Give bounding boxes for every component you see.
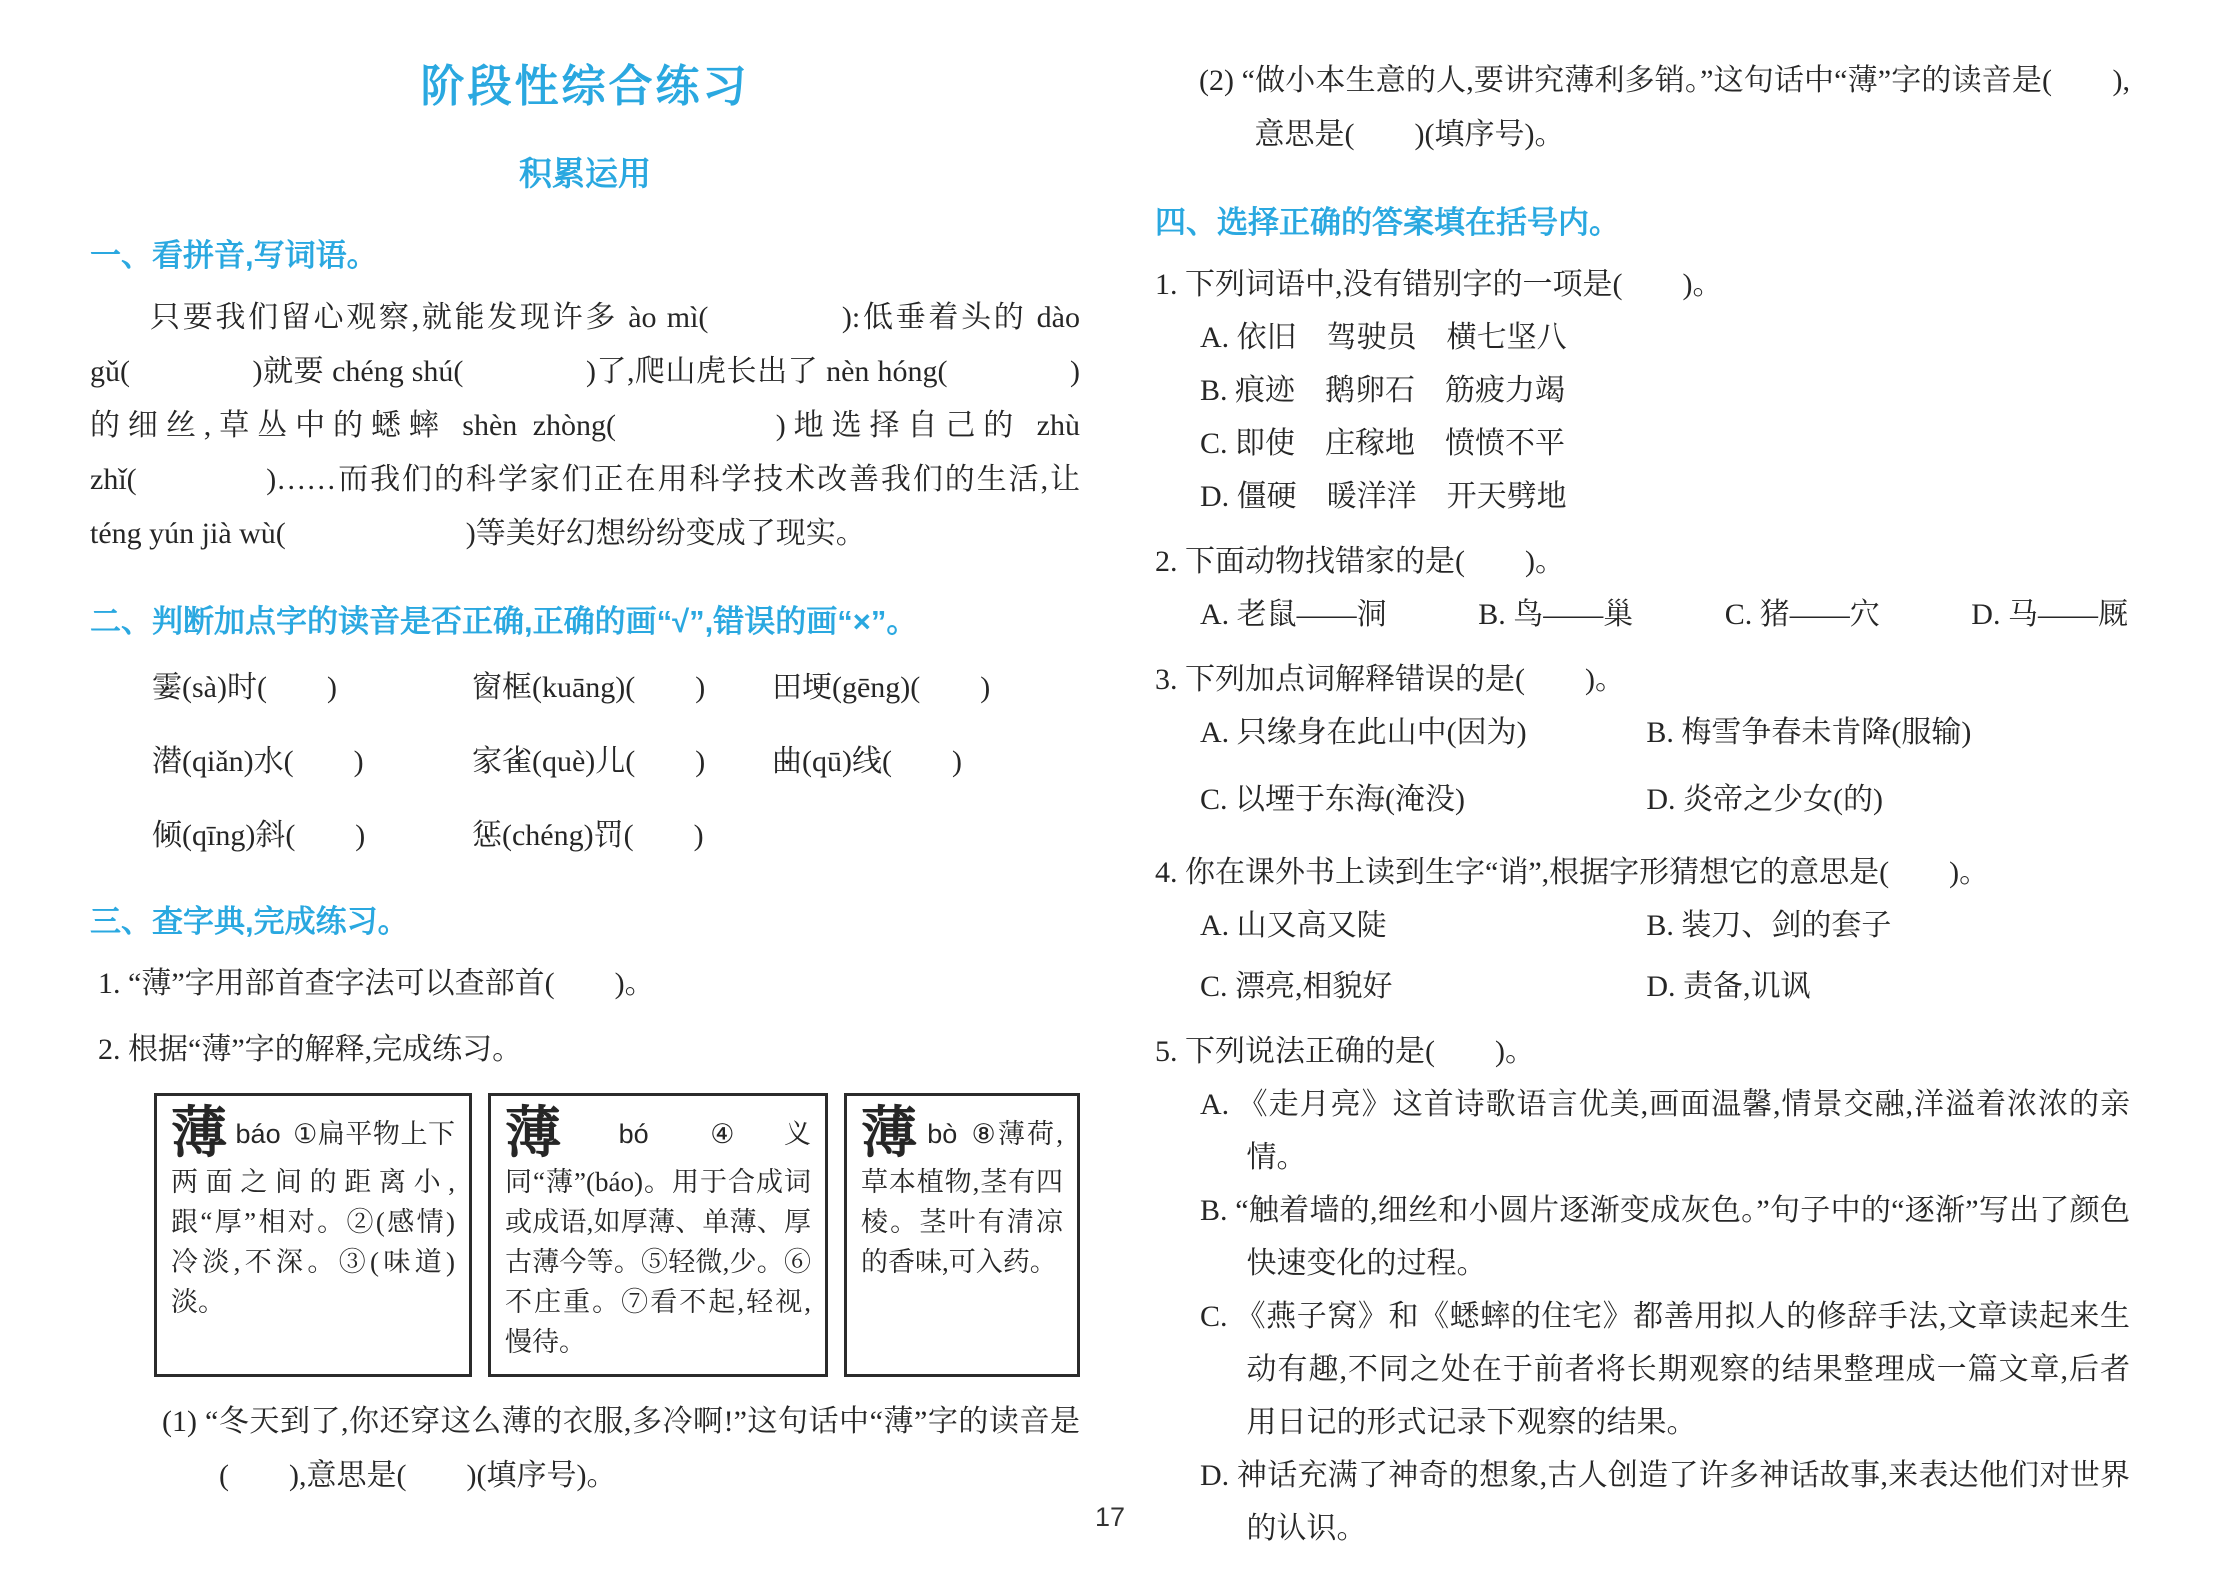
question-stem: 3. 下列加点词解释错误的是( )。 bbox=[1155, 653, 2130, 706]
question-option: C. 《燕子窝》和《蟋蟀的住宅》都善用拟人的修辞手法,文章读起来生动有趣,不同之… bbox=[1200, 1290, 2130, 1449]
question-stem: 4. 你在课外书上读到生字“诮”,根据字形猜想它的意思是( )。 bbox=[1155, 846, 2130, 899]
section1-heading: 一、看拼音,写词语。 bbox=[90, 233, 1080, 279]
section3-question-1: 1. “薄”字用部首查字法可以查部首( )。 bbox=[98, 957, 1080, 1011]
page-title: 阶段性综合练习 bbox=[90, 50, 1080, 114]
dictionary-boxes: 薄báo①扁平物上下两面之间的距离小,跟“厚”相对。②(感情)冷淡,不深。③(味… bbox=[154, 1093, 1080, 1377]
question-options: A. 老鼠——洞 B. 鸟——巢 C. 猪——穴 D. 马——厩 bbox=[1200, 588, 2130, 641]
section3-question-2: 2. 根据“薄”字的解释,完成练习。 bbox=[98, 1023, 1080, 1077]
worksheet-page: 阶段性综合练习 积累运用 一、看拼音,写词语。 只要我们留心观察,就能发现许多 … bbox=[0, 0, 2220, 1571]
dict-entry-char: 薄 bbox=[505, 1103, 611, 1165]
dict-entry-pinyin: bó bbox=[619, 1119, 649, 1149]
dict-entry-pinyin: bò bbox=[927, 1119, 957, 1149]
question-2: 2. 下面动物找错家的是( )。 A. 老鼠——洞 B. 鸟——巢 C. 猪——… bbox=[1155, 535, 2130, 641]
dictionary-box: 薄bò⑧薄荷,草本植物,茎有四棱。茎叶有清凉的香味,可入药。 bbox=[844, 1093, 1080, 1377]
section3-subquestion-1: (1) “冬天到了,你还穿这么薄的衣服,多冷啊!”这句话中“薄”字的读音是( )… bbox=[162, 1395, 1080, 1503]
question-option: C. 漂亮,相貌好 bbox=[1200, 960, 1646, 1013]
question-stem: 1. 下列词语中,没有错别字的一项是( )。 bbox=[1155, 258, 2130, 311]
left-column: 阶段性综合练习 积累运用 一、看拼音,写词语。 只要我们留心观察,就能发现许多 … bbox=[90, 0, 1080, 1555]
question-option: C. 以堙于东海(淹没) bbox=[1200, 773, 1646, 826]
question-option: D. 僵硬 暖洋洋 开天劈地 bbox=[1200, 470, 2130, 523]
question-options: A. 山又高又陡 B. 装刀、剑的套子 C. 漂亮,相貌好 D. 责备,讥讽 bbox=[1200, 899, 2130, 1013]
question-option: D. 炎帝之少女(的) bbox=[1646, 773, 2130, 826]
question-option: B. 装刀、剑的套子 bbox=[1646, 899, 2130, 952]
page-number: 17 bbox=[1095, 1502, 1125, 1533]
dictionary-box: 薄báo①扁平物上下两面之间的距离小,跟“厚”相对。②(感情)冷淡,不深。③(味… bbox=[154, 1093, 472, 1377]
question-stem: 2. 下面动物找错家的是( )。 bbox=[1155, 535, 2130, 588]
question-option: B. 痕迹 鹅卵石 筋疲力竭 bbox=[1200, 364, 2130, 417]
section3-heading: 三、查字典,完成练习。 bbox=[90, 899, 1080, 945]
question-option: D. 马——厩 bbox=[1971, 588, 2128, 641]
dictionary-box: 薄bó④义同“薄”(báo)。用于合成词或成语,如厚薄、单薄、厚古薄今等。⑤轻微… bbox=[488, 1093, 828, 1377]
question-stem: 5. 下列说法正确的是( )。 bbox=[1155, 1025, 2130, 1078]
dict-entry-char: 薄 bbox=[171, 1103, 228, 1165]
question-option: A. 只缘身在此山中(因为) bbox=[1200, 706, 1646, 759]
question-option: B. “触着墙的,细丝和小圆片逐渐变成灰色。”句子中的“逐渐”写出了颜色快速变化… bbox=[1200, 1184, 2130, 1290]
pinyin-judge-item: 霎(sà)时( ) bbox=[152, 663, 472, 713]
question-option: B. 鸟——巢 bbox=[1478, 588, 1633, 641]
pinyin-judge-item: 曲(qū)线( ) bbox=[772, 737, 1080, 787]
question-options: A. 依旧 驾驶员 横七坚八 B. 痕迹 鹅卵石 筋疲力竭 C. 即使 庄稼地 … bbox=[1200, 311, 2130, 523]
question-option: A. 《走月亮》这首诗歌语言优美,画面温馨,情景交融,洋溢着浓浓的亲情。 bbox=[1200, 1078, 2130, 1184]
pinyin-judge-item: 潜(qiǎn)水( ) bbox=[152, 737, 472, 787]
question-3: 3. 下列加点词解释错误的是( )。 A. 只缘身在此山中(因为) B. 梅雪争… bbox=[1155, 653, 2130, 834]
question-option: B. 梅雪争春未肯降(服输) bbox=[1646, 706, 2130, 759]
question-4: 4. 你在课外书上读到生字“诮”,根据字形猜想它的意思是( )。 A. 山又高又… bbox=[1155, 846, 2130, 1013]
question-5: 5. 下列说法正确的是( )。 A. 《走月亮》这首诗歌语言优美,画面温馨,情景… bbox=[1155, 1025, 2130, 1555]
dict-entry-pinyin: báo bbox=[236, 1119, 281, 1149]
question-option: A. 依旧 驾驶员 横七坚八 bbox=[1200, 311, 2130, 364]
section4-heading: 四、选择正确的答案填在括号内。 bbox=[1155, 200, 2130, 246]
section2-heading: 二、判断加点字的读音是否正确,正确的画“√”,错误的画“×”。 bbox=[90, 599, 1080, 645]
page-columns: 阶段性综合练习 积累运用 一、看拼音,写词语。 只要我们留心观察,就能发现许多 … bbox=[0, 0, 2220, 1555]
page-subtitle: 积累运用 bbox=[90, 148, 1080, 195]
question-option: D. 神话充满了神奇的想象,古人创造了许多神话故事,来表达他们对世界的认识。 bbox=[1200, 1449, 2130, 1555]
pinyin-judge-item: 窗框(kuāng)( ) bbox=[472, 663, 772, 713]
dict-entry-char: 薄 bbox=[861, 1103, 919, 1165]
question-option: D. 责备,讥讽 bbox=[1646, 960, 2130, 1013]
question-1: 1. 下列词语中,没有错别字的一项是( )。 A. 依旧 驾驶员 横七坚八 B.… bbox=[1155, 258, 2130, 523]
pinyin-judge-item: 田埂(gēng)( ) bbox=[772, 663, 1080, 713]
section3-subquestion-2: (2) “做小本生意的人,要讲究薄利多销。”这句话中“薄”字的读音是( ),意思… bbox=[1199, 54, 2130, 162]
question-options: A. 《走月亮》这首诗歌语言优美,画面温馨,情景交融,洋溢着浓浓的亲情。 B. … bbox=[1200, 1078, 2130, 1555]
question-option: A. 老鼠——洞 bbox=[1200, 588, 1387, 641]
question-option: C. 即使 庄稼地 愤愤不平 bbox=[1200, 417, 2130, 470]
section1-paragraph: 只要我们留心观察,就能发现许多 ào mì( ):低垂着头的 dào gǔ( )… bbox=[90, 291, 1080, 561]
right-column: (2) “做小本生意的人,要讲究薄利多销。”这句话中“薄”字的读音是( ),意思… bbox=[1155, 0, 2130, 1555]
pinyin-judge-item: 惩(chéng)罚( ) bbox=[472, 811, 772, 861]
question-options: A. 只缘身在此山中(因为) B. 梅雪争春未肯降(服输) C. 以堙于东海(淹… bbox=[1200, 706, 2130, 834]
question-option: C. 猪——穴 bbox=[1725, 588, 1880, 641]
pinyin-judge-item: 家雀(què)儿( ) bbox=[472, 737, 772, 787]
question-option: A. 山又高又陡 bbox=[1200, 899, 1646, 952]
section2-item-grid: 霎(sà)时( ) 窗框(kuāng)( ) 田埂(gēng)( ) 潜(qiǎ… bbox=[152, 663, 1080, 861]
pinyin-judge-item: 倾(qīng)斜( ) bbox=[152, 811, 472, 861]
